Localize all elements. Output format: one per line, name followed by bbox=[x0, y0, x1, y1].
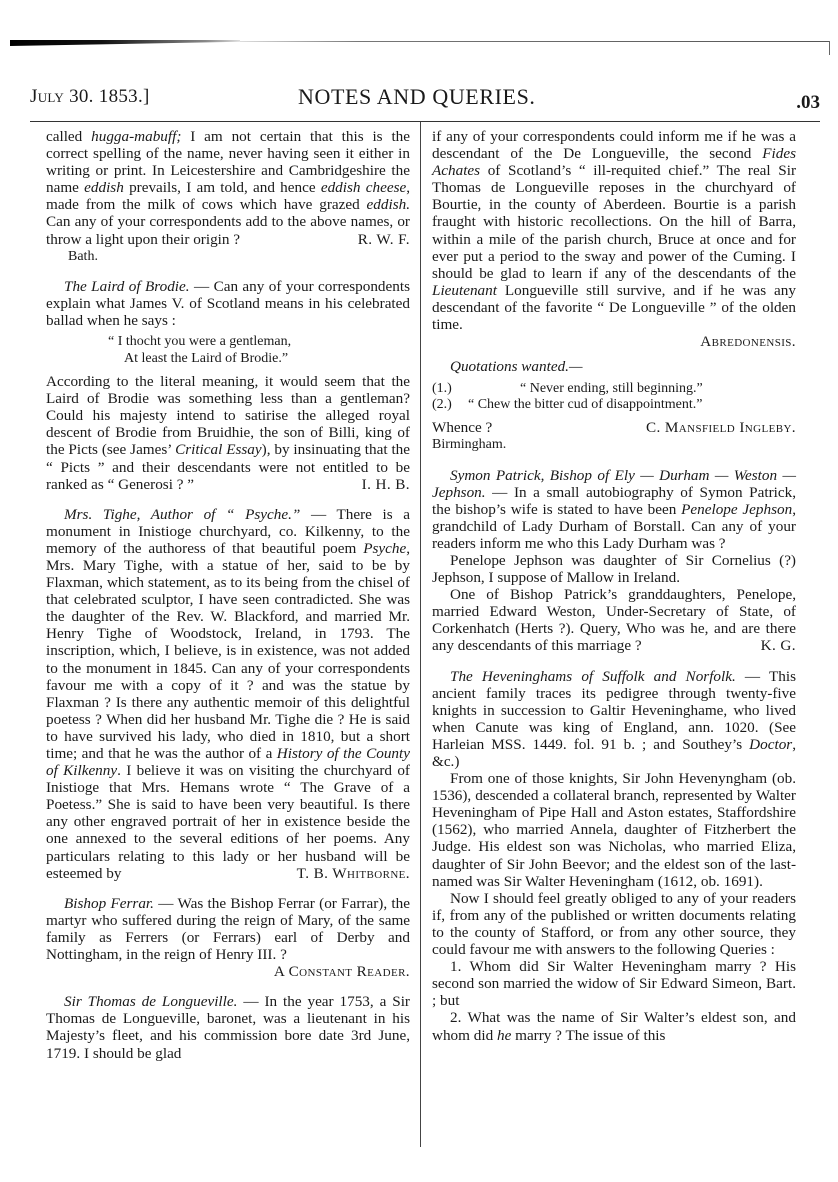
term: eddish bbox=[84, 179, 124, 196]
article-longueville-cont: if any of your correspondents could info… bbox=[432, 128, 796, 350]
whence-row: Whence ? C. Mansfield Ingleby. bbox=[432, 419, 796, 436]
text: if any of your correspondents could info… bbox=[432, 128, 796, 162]
paragraph: From one of those knights, Sir John Heve… bbox=[432, 770, 796, 890]
paragraph: The Laird of Brodie. — Can any of your c… bbox=[46, 278, 410, 329]
scan-top-rule bbox=[10, 40, 830, 46]
quotation-text: “ Never ending, still beginning.” bbox=[486, 381, 703, 396]
article-heveninghams: The Heveninghams of Suffolk and Norfolk.… bbox=[432, 668, 796, 1044]
top-rule-edge bbox=[829, 41, 830, 55]
quotation-item: (1.)“ Never ending, still beginning.” bbox=[432, 381, 796, 397]
paragraph: One of Bishop Patrick’s granddaughters, … bbox=[432, 586, 796, 654]
paragraph: Bishop Ferrar. — Was the Bishop Ferrar (… bbox=[46, 895, 410, 963]
item-number: (1.) bbox=[432, 381, 486, 397]
query-item: 2. What was the name of Sir Walter’s eld… bbox=[432, 1009, 796, 1043]
page-number: .03 bbox=[796, 92, 820, 114]
work-title: Doctor bbox=[749, 736, 792, 753]
place-line: Bath. bbox=[46, 248, 410, 265]
verse-quote: “ I thocht you were a gentleman, At leas… bbox=[46, 333, 410, 367]
paragraph: Now I should feel greatly obliged to any… bbox=[432, 890, 796, 958]
place-line: Birmingham. bbox=[432, 436, 796, 453]
article-heading: The Heveninghams of Suffolk and Norfolk. bbox=[450, 668, 736, 685]
term: hugga-mabuff; bbox=[91, 128, 181, 145]
issue-date: July 30. 1853.] bbox=[30, 86, 150, 108]
signature: R. W. F. bbox=[358, 231, 410, 248]
signature: T. B. Whitborne. bbox=[279, 865, 410, 882]
verse-line: “ I thocht you were a gentleman, bbox=[46, 333, 410, 350]
text: Can any of your correspondents add to th… bbox=[46, 213, 410, 247]
date-tail: 30. 1853.] bbox=[64, 86, 150, 107]
item-number: (2.) bbox=[432, 397, 462, 413]
term: eddish. bbox=[367, 196, 410, 213]
article-quotations-wanted: Quotations wanted.— (1.)“ Never ending, … bbox=[432, 358, 796, 453]
signature: A Constant Reader. bbox=[256, 963, 410, 980]
header-rule bbox=[30, 121, 820, 122]
text: . I believe it was on visiting the churc… bbox=[46, 762, 410, 882]
journal-title: NOTES AND QUERIES. bbox=[298, 84, 536, 110]
article-mrs-tighe: Mrs. Tighe, Author of “ Psyche.” — There… bbox=[46, 506, 410, 882]
paragraph: if any of your correspondents could info… bbox=[432, 128, 796, 333]
paragraph: Symon Patrick, Bishop of Ely — Durham — … bbox=[432, 467, 796, 552]
text: Whence ? bbox=[432, 419, 492, 436]
work-title: Psyche bbox=[363, 540, 406, 557]
text: , Mrs. Mary Tighe, with a statue of her,… bbox=[46, 540, 410, 762]
article-eddish-cont: called hugga-mabuff; I am not certain th… bbox=[46, 128, 410, 265]
paragraph: Sir Thomas de Longueville. — In the year… bbox=[46, 993, 410, 1061]
top-rule-thick bbox=[10, 40, 240, 46]
paragraph: Quotations wanted.— bbox=[432, 358, 796, 375]
article-heading: Quotations wanted.— bbox=[450, 358, 582, 375]
article-bishop-ferrar: Bishop Ferrar. — Was the Bishop Ferrar (… bbox=[46, 895, 410, 980]
date-month-rest: uly bbox=[38, 86, 64, 107]
paragraph: According to the literal meaning, it wou… bbox=[46, 373, 410, 493]
article-laird-of-brodie: The Laird of Brodie. — Can any of your c… bbox=[46, 278, 410, 493]
signature: Abredonensis. bbox=[432, 333, 796, 350]
quotation-list: (1.)“ Never ending, still beginning.” (2… bbox=[432, 381, 796, 413]
paragraph: Mrs. Tighe, Author of “ Psyche.” — There… bbox=[46, 506, 410, 882]
paragraph: Penelope Jephson was daughter of Sir Cor… bbox=[432, 552, 796, 586]
article-heading: The Laird of Brodie. bbox=[64, 278, 190, 295]
running-head: July 30. 1853.] NOTES AND QUERIES. .03 bbox=[30, 86, 820, 116]
query-item: 1. Whom did Sir Walter Heveningham marry… bbox=[432, 958, 796, 1009]
right-column: if any of your correspondents could info… bbox=[432, 128, 796, 1044]
signature: C. Mansfield Ingleby. bbox=[646, 419, 796, 436]
work-title: Critical Essay bbox=[175, 441, 262, 458]
article-heading: Mrs. Tighe, Author of “ Psyche.” bbox=[64, 506, 300, 523]
article-symon-patrick: Symon Patrick, Bishop of Ely — Durham — … bbox=[432, 467, 796, 655]
quotation-text: “ Chew the bitter cud of disappointment.… bbox=[462, 397, 702, 412]
date-initial: J bbox=[30, 86, 38, 107]
article-longueville: Sir Thomas de Longueville. — In the year… bbox=[46, 993, 410, 1061]
emphasis: he bbox=[497, 1027, 511, 1044]
text: marry ? The issue of this bbox=[511, 1027, 665, 1044]
paragraph: The Heveninghams of Suffolk and Norfolk.… bbox=[432, 668, 796, 771]
left-column: called hugga-mabuff; I am not certain th… bbox=[46, 128, 410, 1062]
text: of Scotland’s “ ill-requited chief.” The… bbox=[432, 162, 796, 282]
signature: K. G. bbox=[743, 637, 796, 654]
paragraph: called hugga-mabuff; I am not certain th… bbox=[46, 128, 410, 248]
article-heading: Sir Thomas de Longueville. bbox=[64, 993, 237, 1010]
text: prevails, I am told, and hence bbox=[124, 179, 321, 196]
person-name: Penelope Jephson bbox=[681, 501, 792, 518]
column-divider bbox=[420, 122, 421, 1147]
article-heading: Bishop Ferrar. bbox=[64, 895, 154, 912]
signature: I. H. B. bbox=[362, 476, 410, 493]
term: eddish cheese bbox=[321, 179, 406, 196]
work-title: Lieutenant bbox=[432, 282, 497, 299]
text: called bbox=[46, 128, 91, 145]
quotation-item: (2.)“ Chew the bitter cud of disappointm… bbox=[432, 397, 796, 413]
text: One of Bishop Patrick’s granddaughters, … bbox=[432, 586, 796, 654]
top-rule-thin bbox=[240, 41, 830, 42]
verse-line: At least the Laird of Brodie.” bbox=[46, 350, 410, 367]
